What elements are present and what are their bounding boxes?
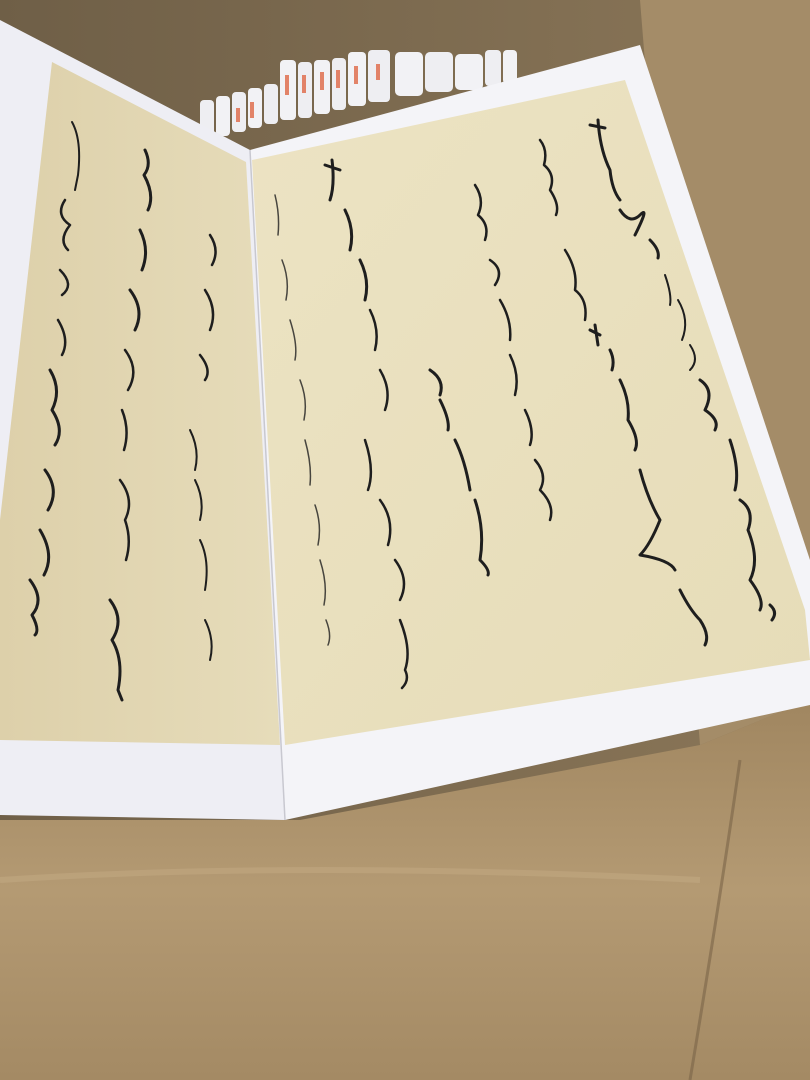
photo-scene xyxy=(0,0,810,1080)
left-cream-sheet xyxy=(0,62,280,745)
scene-svg xyxy=(0,0,810,1080)
